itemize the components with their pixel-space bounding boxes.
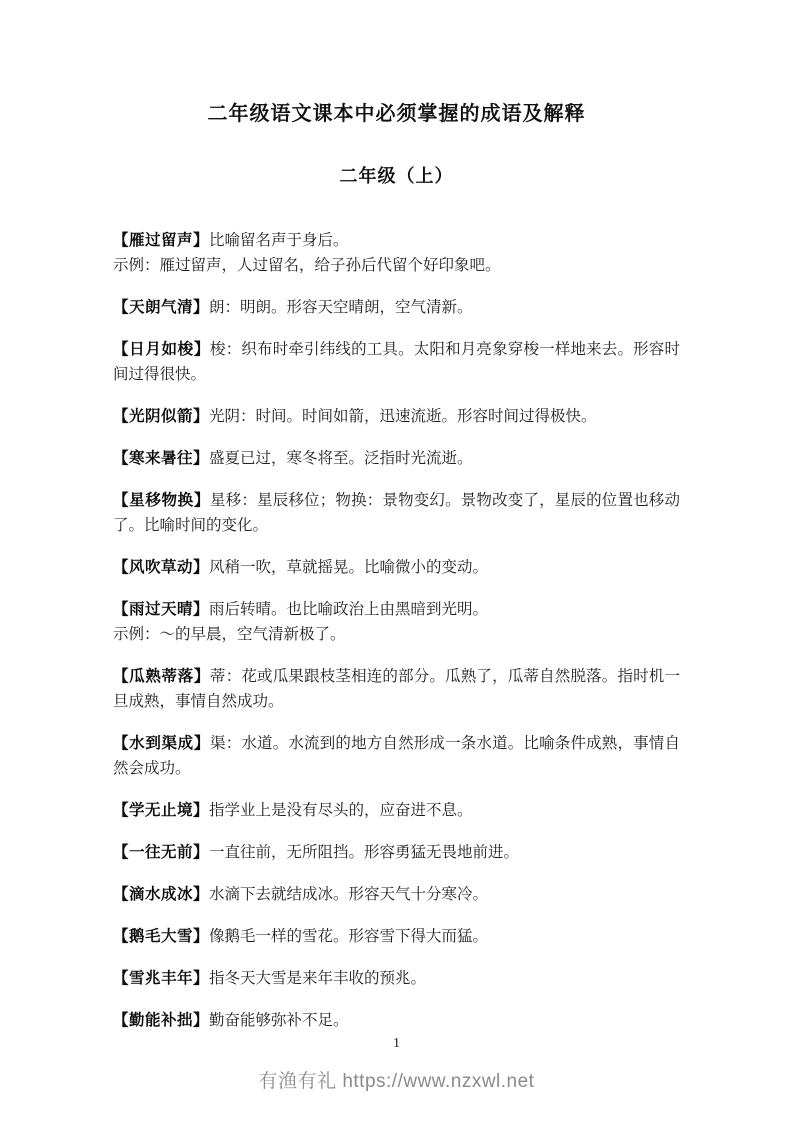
idiom-term: 【勤能补拙】 (113, 1012, 209, 1029)
idiom-entry: 【滴水成冰】水滴下去就结成冰。形容天气十分寒冷。 (113, 882, 680, 907)
idiom-term: 【雁过留声】 (113, 232, 209, 249)
idiom-entry: 【光阴似箭】光阴：时间。时间如箭，迅速流逝。形容时间过得极快。 (113, 404, 680, 429)
idiom-entry: 【星移物换】星移：星辰移位；物换：景物变幻。景物改变了，星辰的位置也移动了。比喻… (113, 488, 680, 538)
footer-watermark: 有渔有礼 https://www.nzxwl.net (0, 1066, 793, 1093)
idiom-term: 【寒来暑往】 (113, 450, 209, 467)
idiom-entry: 【一往无前】一直往前，无所阻挡。形容勇猛无畏地前进。 (113, 840, 680, 865)
idiom-definition: 雨后转晴。也比喻政治上由黑暗到光明。 (209, 601, 488, 618)
idiom-term: 【水到渠成】 (113, 735, 210, 752)
idiom-entry: 【雁过留声】比喻留名声于身后。示例：雁过留声，人过留名，给子孙后代留个好印象吧。 (113, 228, 680, 278)
idiom-entry: 【雨过天晴】雨后转晴。也比喻政治上由黑暗到光明。示例：～的早晨，空气清新极了。 (113, 597, 680, 647)
idiom-entry: 【学无止境】指学业上是没有尽头的，应奋进不息。 (113, 798, 680, 823)
page-number: 1 (0, 1036, 793, 1052)
idiom-entry: 【寒来暑往】盛夏已过，寒冬将至。泛指时光流逝。 (113, 446, 680, 471)
idiom-term: 【天朗气清】 (113, 299, 209, 316)
idiom-definition: 光阴：时间。时间如箭，迅速流逝。形容时间过得极快。 (209, 408, 597, 425)
idiom-entry: 【风吹草动】风稍一吹，草就摇晃。比喻微小的变动。 (113, 555, 680, 580)
document-title: 二年级语文课本中必须掌握的成语及解释 (113, 100, 680, 128)
idiom-definition: 盛夏已过，寒冬将至。泛指时光流逝。 (209, 450, 473, 467)
idiom-entry: 【鹅毛大雪】像鹅毛一样的雪花。形容雪下得大而猛。 (113, 924, 680, 949)
idiom-definition: 像鹅毛一样的雪花。形容雪下得大而猛。 (209, 928, 488, 945)
idiom-definition: 朗：明朗。形容天空晴朗，空气清新。 (209, 299, 473, 316)
idiom-entry: 【雪兆丰年】指冬天大雪是来年丰收的预兆。 (113, 966, 680, 991)
idiom-term: 【光阴似箭】 (113, 408, 209, 425)
idiom-definition: 一直往前，无所阻挡。形容勇猛无畏地前进。 (209, 844, 519, 861)
idiom-definition: 指学业上是没有尽头的，应奋进不息。 (209, 802, 473, 819)
idiom-definition: 指冬天大雪是来年丰收的预兆。 (209, 970, 426, 987)
idiom-term: 【风吹草动】 (113, 559, 209, 576)
idiom-definition: 风稍一吹，草就摇晃。比喻微小的变动。 (209, 559, 488, 576)
idiom-term: 【学无止境】 (113, 802, 209, 819)
idiom-term: 【日月如梭】 (113, 341, 210, 358)
idiom-term: 【滴水成冰】 (113, 886, 209, 903)
idiom-term: 【一往无前】 (113, 844, 209, 861)
idiom-entry: 【天朗气清】朗：明朗。形容天空晴朗，空气清新。 (113, 295, 680, 320)
idiom-term: 【雨过天晴】 (113, 601, 209, 618)
idiom-term: 【雪兆丰年】 (113, 970, 209, 987)
idiom-term: 【鹅毛大雪】 (113, 928, 209, 945)
idiom-definition: 比喻留名声于身后。 (209, 232, 349, 249)
section-heading: 二年级（上） (113, 164, 680, 188)
idiom-definition: 勤奋能够弥补不足。 (209, 1012, 349, 1029)
idiom-entry: 【水到渠成】渠：水道。水流到的地方自然形成一条水道。比喻条件成熟，事情自然会成功… (113, 731, 680, 781)
idiom-definition: 水滴下去就结成冰。形容天气十分寒冷。 (209, 886, 488, 903)
idiom-entry: 【瓜熟蒂落】蒂：花或瓜果跟枝茎相连的部分。瓜熟了，瓜蒂自然脱落。指时机一旦成熟，… (113, 664, 680, 714)
idiom-example: 示例：～的早晨，空气清新极了。 (113, 622, 680, 647)
idiom-example: 示例：雁过留声，人过留名，给子孙后代留个好印象吧。 (113, 253, 680, 278)
idiom-term: 【星移物换】 (113, 492, 210, 509)
idiom-entry: 【日月如梭】梭：织布时牵引纬线的工具。太阳和月亮象穿梭一样地来去。形容时间过得很… (113, 337, 680, 387)
idiom-entry: 【勤能补拙】勤奋能够弥补不足。 (113, 1008, 680, 1033)
idiom-list: 【雁过留声】比喻留名声于身后。示例：雁过留声，人过留名，给子孙后代留个好印象吧。… (113, 228, 680, 1033)
idiom-term: 【瓜熟蒂落】 (113, 668, 210, 685)
document-page: 二年级语文课本中必须掌握的成语及解释 二年级（上） 【雁过留声】比喻留名声于身后… (0, 0, 793, 1122)
